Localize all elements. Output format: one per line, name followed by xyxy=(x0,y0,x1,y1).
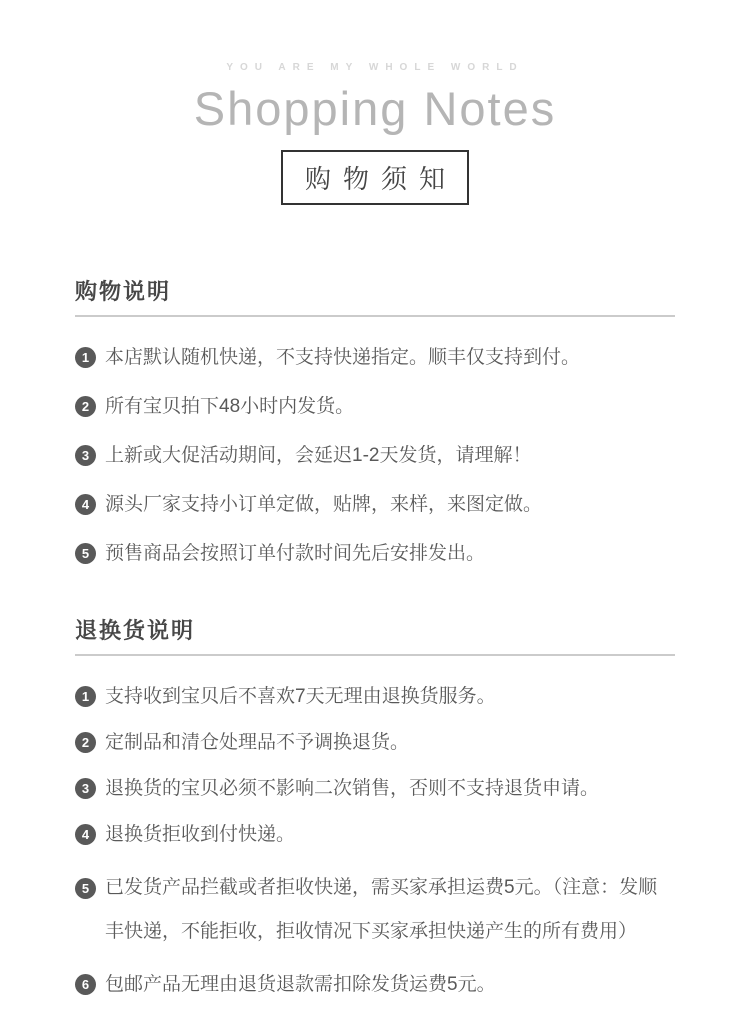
number-circle-icon: 6 xyxy=(75,974,96,995)
item-text: 所有宝贝拍下48小时内发货。 xyxy=(105,392,354,421)
page-title: Shopping Notes xyxy=(0,81,750,136)
number-circle-icon: 5 xyxy=(75,878,96,899)
content: 购物说明 1 本店默认随机快递，不支持快递指定。顺丰仅支持到付。 2 所有宝贝拍… xyxy=(75,275,675,1000)
list-item: 3 退换货的宝贝必须不影响二次销售，否则不支持退货申请。 xyxy=(75,774,675,804)
item-text: 上新或大促活动期间，会延迟1-2天发货，请理解！ xyxy=(105,441,531,470)
number-circle-icon: 4 xyxy=(75,824,96,845)
item-text: 已发货产品拦截或者拒收快递，需买家承担运费5元。（注意：发顺丰快递，不能拒收，拒… xyxy=(105,866,675,954)
returns-list: 1 支持收到宝贝后不喜欢7天无理由退换货服务。 2 定制品和清仓处理品不予调换退… xyxy=(75,682,675,1000)
list-item: 5 已发货产品拦截或者拒收快递，需买家承担运费5元。（注意：发顺丰快递，不能拒收… xyxy=(75,866,675,954)
title-badge: 购物须知 xyxy=(281,150,469,205)
list-item: 1 支持收到宝贝后不喜欢7天无理由退换货服务。 xyxy=(75,682,675,712)
list-item: 4 退换货拒收到付快递。 xyxy=(75,820,675,850)
section-title: 退换货说明 xyxy=(75,614,675,656)
number-circle-icon: 3 xyxy=(75,778,96,799)
item-text: 退换货拒收到付快递。 xyxy=(105,820,295,850)
item-text: 退换货的宝贝必须不影响二次销售，否则不支持退货申请。 xyxy=(105,774,599,804)
list-item: 4 源头厂家支持小订单定做，贴牌，来样，来图定做。 xyxy=(75,490,675,519)
item-text: 源头厂家支持小订单定做，贴牌，来样，来图定做。 xyxy=(105,490,542,519)
list-item: 2 所有宝贝拍下48小时内发货。 xyxy=(75,392,675,421)
item-text: 定制品和清仓处理品不予调换退货。 xyxy=(105,728,409,758)
number-circle-icon: 2 xyxy=(75,396,96,417)
number-circle-icon: 3 xyxy=(75,445,96,466)
header-tagline: YOU ARE MY WHOLE WORLD xyxy=(0,0,750,73)
item-text: 支持收到宝贝后不喜欢7天无理由退换货服务。 xyxy=(105,682,496,712)
list-item: 6 包邮产品无理由退货退款需扣除发货运费5元。 xyxy=(75,970,675,1000)
item-text: 预售商品会按照订单付款时间先后安排发出。 xyxy=(105,539,485,568)
number-circle-icon: 2 xyxy=(75,732,96,753)
number-circle-icon: 5 xyxy=(75,543,96,564)
section-title: 购物说明 xyxy=(75,275,675,317)
list-item: 1 本店默认随机快递，不支持快递指定。顺丰仅支持到付。 xyxy=(75,343,675,372)
shopping-list: 1 本店默认随机快递，不支持快递指定。顺丰仅支持到付。 2 所有宝贝拍下48小时… xyxy=(75,343,675,568)
number-circle-icon: 4 xyxy=(75,494,96,515)
shopping-notes-page: YOU ARE MY WHOLE WORLD Shopping Notes 购物… xyxy=(0,0,750,1031)
list-item: 3 上新或大促活动期间，会延迟1-2天发货，请理解！ xyxy=(75,441,675,470)
number-circle-icon: 1 xyxy=(75,686,96,707)
item-text: 包邮产品无理由退货退款需扣除发货运费5元。 xyxy=(105,970,496,1000)
section-return-policy: 退换货说明 1 支持收到宝贝后不喜欢7天无理由退换货服务。 2 定制品和清仓处理… xyxy=(75,614,675,1000)
list-item: 2 定制品和清仓处理品不予调换退货。 xyxy=(75,728,675,758)
section-shopping-instructions: 购物说明 1 本店默认随机快递，不支持快递指定。顺丰仅支持到付。 2 所有宝贝拍… xyxy=(75,275,675,568)
number-circle-icon: 1 xyxy=(75,347,96,368)
item-text: 本店默认随机快递，不支持快递指定。顺丰仅支持到付。 xyxy=(105,343,580,372)
list-item: 5 预售商品会按照订单付款时间先后安排发出。 xyxy=(75,539,675,568)
